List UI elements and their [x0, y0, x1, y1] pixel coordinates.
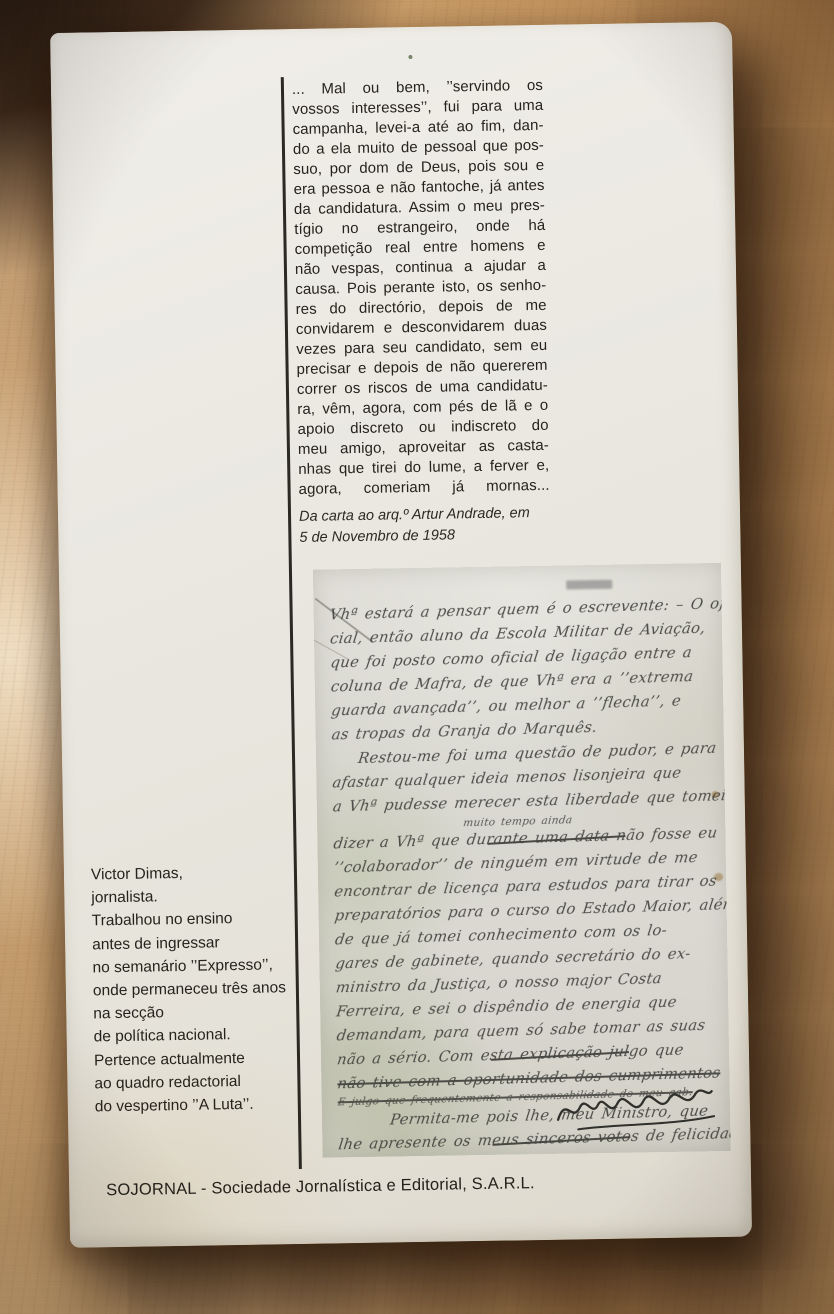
signature — [549, 1077, 718, 1138]
handwriting-text: Vhª estará a pensar quem é o escrevente:… — [329, 597, 723, 1158]
bio-line: Victor Dimas, — [91, 860, 303, 887]
author-bio: Victor Dimas,jornalista.Trabalhou no ens… — [91, 860, 307, 1119]
quote-text: ... Mal ou bem, ’’servindo osvossos inte… — [292, 76, 550, 500]
bio-line: no semanário ’’Expresso’’, — [92, 953, 304, 980]
quote-block: ... Mal ou bem, ’’servindo osvossos inte… — [292, 76, 551, 549]
photo-scene: ... Mal ou bem, ’’servindo osvossos inte… — [0, 0, 834, 1314]
bio-line: Pertence actualmente — [94, 1046, 306, 1073]
cover-speck — [408, 55, 412, 59]
bio-line: de política nacional. — [93, 1022, 305, 1049]
book-back-cover: ... Mal ou bem, ’’servindo osvossos inte… — [50, 22, 752, 1248]
publisher-line: SOJORNAL - Sociedade Jornalística e Edit… — [106, 1174, 535, 1200]
bio-line: Trabalhou no ensino — [92, 906, 304, 933]
bio-line: do vespertino ’’A Luta’’. — [95, 1092, 307, 1119]
bio-line: na secção — [93, 999, 305, 1026]
bio-line: onde permaneceu três anos — [93, 976, 305, 1003]
handwritten-letter-photo: Vhª estará a pensar quem é o escrevente:… — [313, 563, 731, 1158]
letterhead-mark — [566, 580, 612, 590]
quote-attribution: Da carta ao arq.º Artur Andrade, em 5 de… — [299, 503, 551, 549]
bio-line: ao quadro redactorial — [94, 1069, 306, 1096]
attribution-line: 5 de Novembro de 1958 — [299, 524, 550, 549]
quote-line: agora, comeriam já mornas... — [298, 476, 549, 500]
bio-line: antes de ingressar — [92, 930, 304, 957]
bio-line: jornalista. — [91, 883, 303, 910]
attribution-line: Da carta ao arq.º Artur Andrade, em — [299, 503, 550, 528]
